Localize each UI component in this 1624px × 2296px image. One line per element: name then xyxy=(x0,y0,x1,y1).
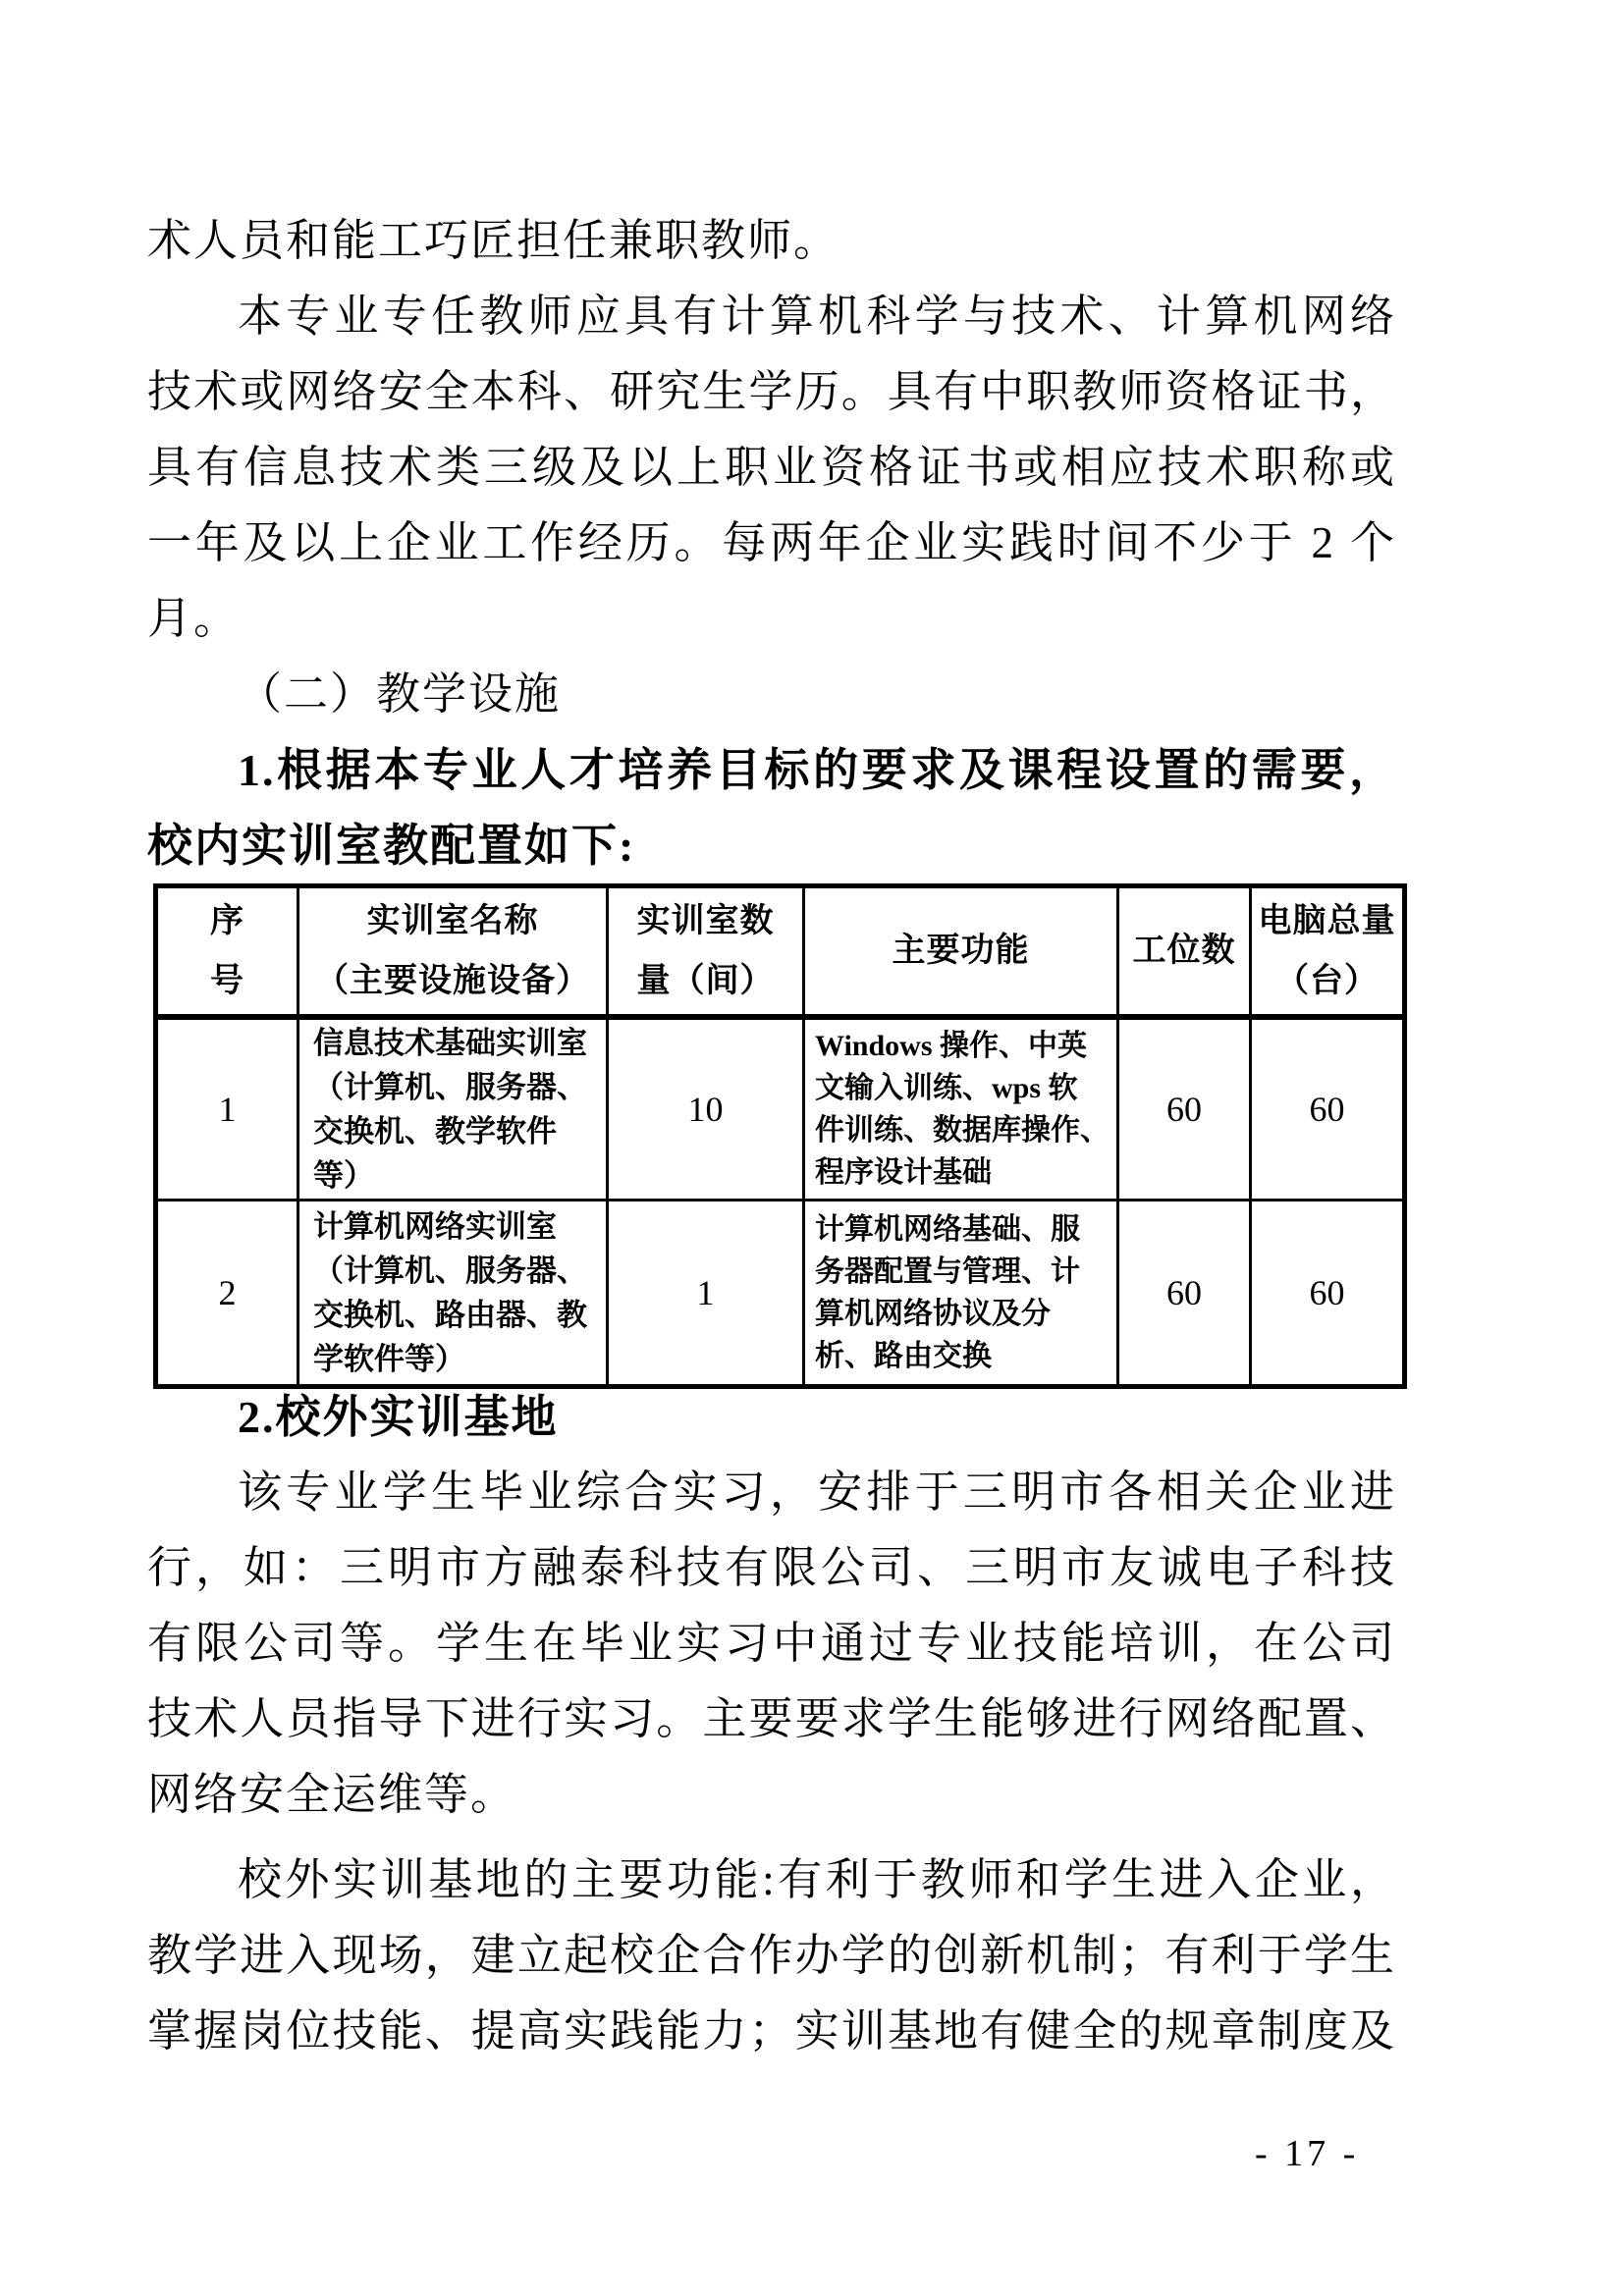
paragraph-line: 校内实训室教配置如下: xyxy=(147,808,1396,883)
cell-room-name: 计算机网络实训室 （计算机、服务器、 交换机、路由器、教 学软件等） xyxy=(298,1200,608,1386)
section-heading-teaching-facilities: （二）教学设施 xyxy=(147,657,1396,732)
facilities-table: 序 号 实训室名称 （主要设施设备） 实训室数 量（间） 主要功能 工位数 电脑… xyxy=(153,883,1407,1389)
cell-main-functions: Windows 操作、中英 文输入训练、wps 软 件训练、数据库操作、 程序设… xyxy=(804,1017,1118,1201)
table-header-room-name: 实训室名称 （主要设施设备） xyxy=(298,886,608,1017)
paragraph-line: 技术或网络安全本科、研究生学历。具有中职教师资格证书， xyxy=(147,354,1396,430)
paragraph-line: 月。 xyxy=(147,581,1396,657)
table-header-main-functions: 主要功能 xyxy=(804,886,1118,1017)
table-row: 1 信息技术基础实训室 （计算机、服务器、 交换机、教学软件等） 10 Wind… xyxy=(156,1017,1405,1201)
numbered-heading-offcampus-training-bases: 2.校外实训基地 xyxy=(147,1379,1396,1455)
numbered-heading-campus-training-rooms: 1.根据本专业人才培养目标的要求及课程设置的需要， xyxy=(147,732,1396,808)
table-header-computers: 电脑总量 （台） xyxy=(1251,886,1405,1017)
cell-room-name: 信息技术基础实训室 （计算机、服务器、 交换机、教学软件等） xyxy=(298,1017,608,1201)
paragraph-line: 本专业专任教师应具有计算机科学与技术、计算机网络 xyxy=(147,279,1396,354)
cell-computers: 60 xyxy=(1251,1200,1405,1386)
cell-index: 2 xyxy=(156,1200,298,1386)
cell-room-count: 1 xyxy=(608,1200,804,1386)
paragraph-line: 一年及以上企业工作经历。每两年企业实践时间不少于 2 个 xyxy=(147,506,1396,581)
cell-workstations: 60 xyxy=(1118,1200,1251,1386)
table-row: 2 计算机网络实训室 （计算机、服务器、 交换机、路由器、教 学软件等） 1 计… xyxy=(156,1200,1405,1386)
paragraph-line: 技术人员指导下进行实习。主要要求学生能够进行网络配置、 xyxy=(147,1682,1396,1757)
table-header-room-count: 实训室数 量（间） xyxy=(608,886,804,1017)
table-header-workstations: 工位数 xyxy=(1118,886,1251,1017)
document-page: 术人员和能工巧匠担任兼职教师。 本专业专任教师应具有计算机科学与技术、计算机网络… xyxy=(0,0,1624,2296)
paragraph-line: 术人员和能工巧匠担任兼职教师。 xyxy=(147,203,1396,279)
page-number: - 17 - xyxy=(1255,2132,1359,2175)
cell-index: 1 xyxy=(156,1017,298,1201)
paragraph-line: 该专业学生毕业综合实习，安排于三明市各相关企业进 xyxy=(147,1455,1396,1530)
cell-computers: 60 xyxy=(1251,1017,1405,1201)
paragraph-line: 掌握岗位技能、提高实践能力；实训基地有健全的规章制度及 xyxy=(147,1994,1396,2069)
paragraph-line: 校外实训基地的主要功能:有利于教师和学生进入企业， xyxy=(147,1842,1396,1918)
cell-workstations: 60 xyxy=(1118,1017,1251,1201)
paragraph-line: 网络安全运维等。 xyxy=(147,1757,1396,1833)
table-header-row: 序 号 实训室名称 （主要设施设备） 实训室数 量（间） 主要功能 工位数 电脑… xyxy=(156,886,1405,1017)
paragraph-line: 有限公司等。学生在毕业实习中通过专业技能培训，在公司 xyxy=(147,1606,1396,1682)
cell-room-count: 10 xyxy=(608,1017,804,1201)
cell-main-functions: 计算机网络基础、服 务器配置与管理、计 算机网络协议及分 析、路由交换 xyxy=(804,1200,1118,1386)
table-header-index: 序 号 xyxy=(156,886,298,1017)
paragraph-line: 具有信息技术类三级及以上职业资格证书或相应技术职称或 xyxy=(147,430,1396,506)
body-text-upper: 术人员和能工巧匠担任兼职教师。 本专业专任教师应具有计算机科学与技术、计算机网络… xyxy=(147,203,1396,883)
paragraph-line: 行，如：三明市方融泰科技有限公司、三明市友诚电子科技 xyxy=(147,1530,1396,1606)
paragraph-line: 教学进入现场，建立起校企合作办学的创新机制；有利于学生 xyxy=(147,1918,1396,1994)
body-text-lower: 2.校外实训基地 该专业学生毕业综合实习，安排于三明市各相关企业进 行，如：三明… xyxy=(147,1379,1396,2069)
